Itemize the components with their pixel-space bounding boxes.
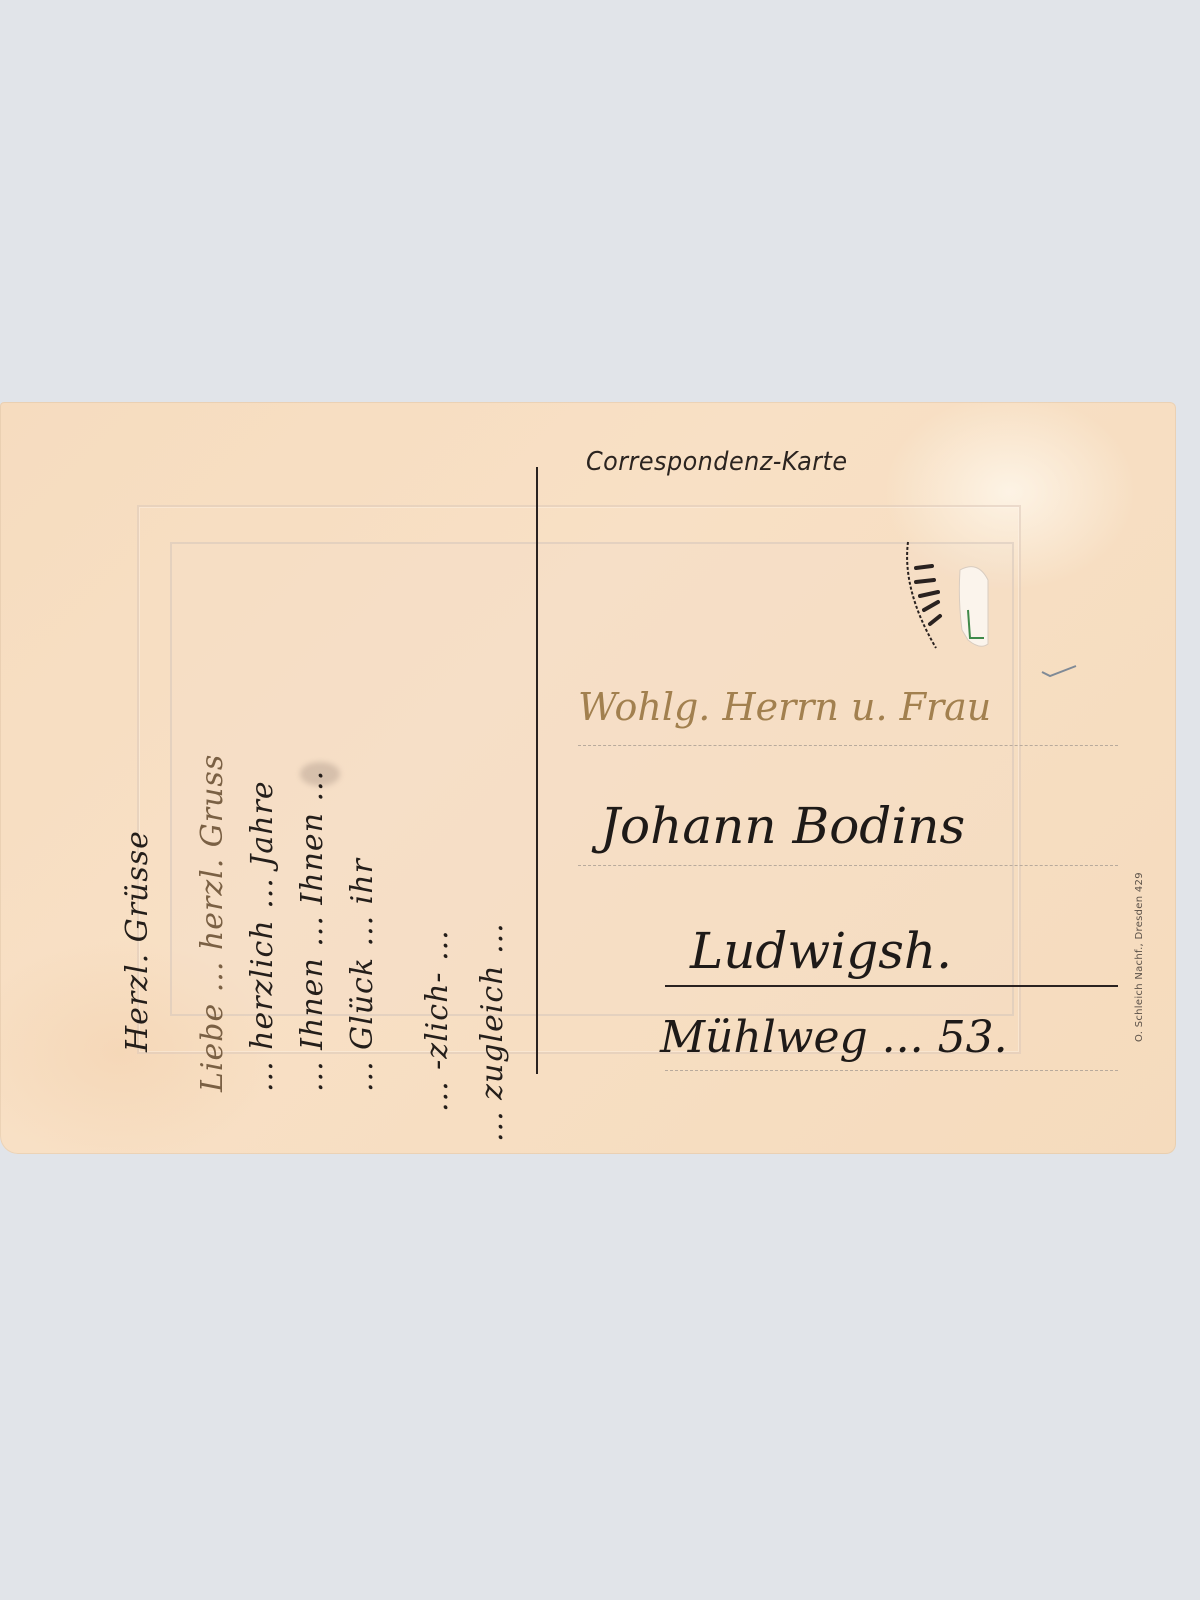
message-line-6: ... -zlich- ... (420, 929, 455, 1112)
address-street: Mühlweg ... 53. (660, 1012, 1008, 1063)
address-city: Ludwigsh. (690, 922, 952, 980)
postcard: Correspondenz-Karte O. Schleich Nachf., … (0, 402, 1176, 1154)
message-line-4: ... Ihnen ... Ihnen ... (295, 770, 330, 1092)
address-line-1-text: Wohlg. Herrn u. Frau (578, 685, 991, 729)
message-line-1: Herzl. Grüsse (120, 830, 155, 1052)
address-line-4 (665, 1070, 1118, 1071)
address-line-1 (578, 745, 1118, 746)
publisher-imprint: O. Schleich Nachf., Dresden 429 (1134, 872, 1145, 1042)
divider-line (536, 467, 538, 1074)
pencil-mark-icon (1040, 660, 1080, 680)
address-recipient-name: Johann Bodins (600, 797, 965, 855)
printed-title: Correspondenz-Karte (586, 447, 848, 477)
address-recipient-title: Wohlg. Herrn u. Frau (578, 685, 991, 729)
message-line-7: ... zugleich ... (475, 922, 510, 1142)
message-line-3: ... herzlich ... Jahre (245, 780, 280, 1092)
postmark-stamp-icon (900, 540, 990, 660)
message-line-2: Liebe ... herzl. Gruss (195, 754, 230, 1092)
message-line-5: ... Glück ... ihr (345, 858, 380, 1092)
address-line-2 (578, 865, 1118, 866)
address-line-3 (665, 985, 1118, 987)
